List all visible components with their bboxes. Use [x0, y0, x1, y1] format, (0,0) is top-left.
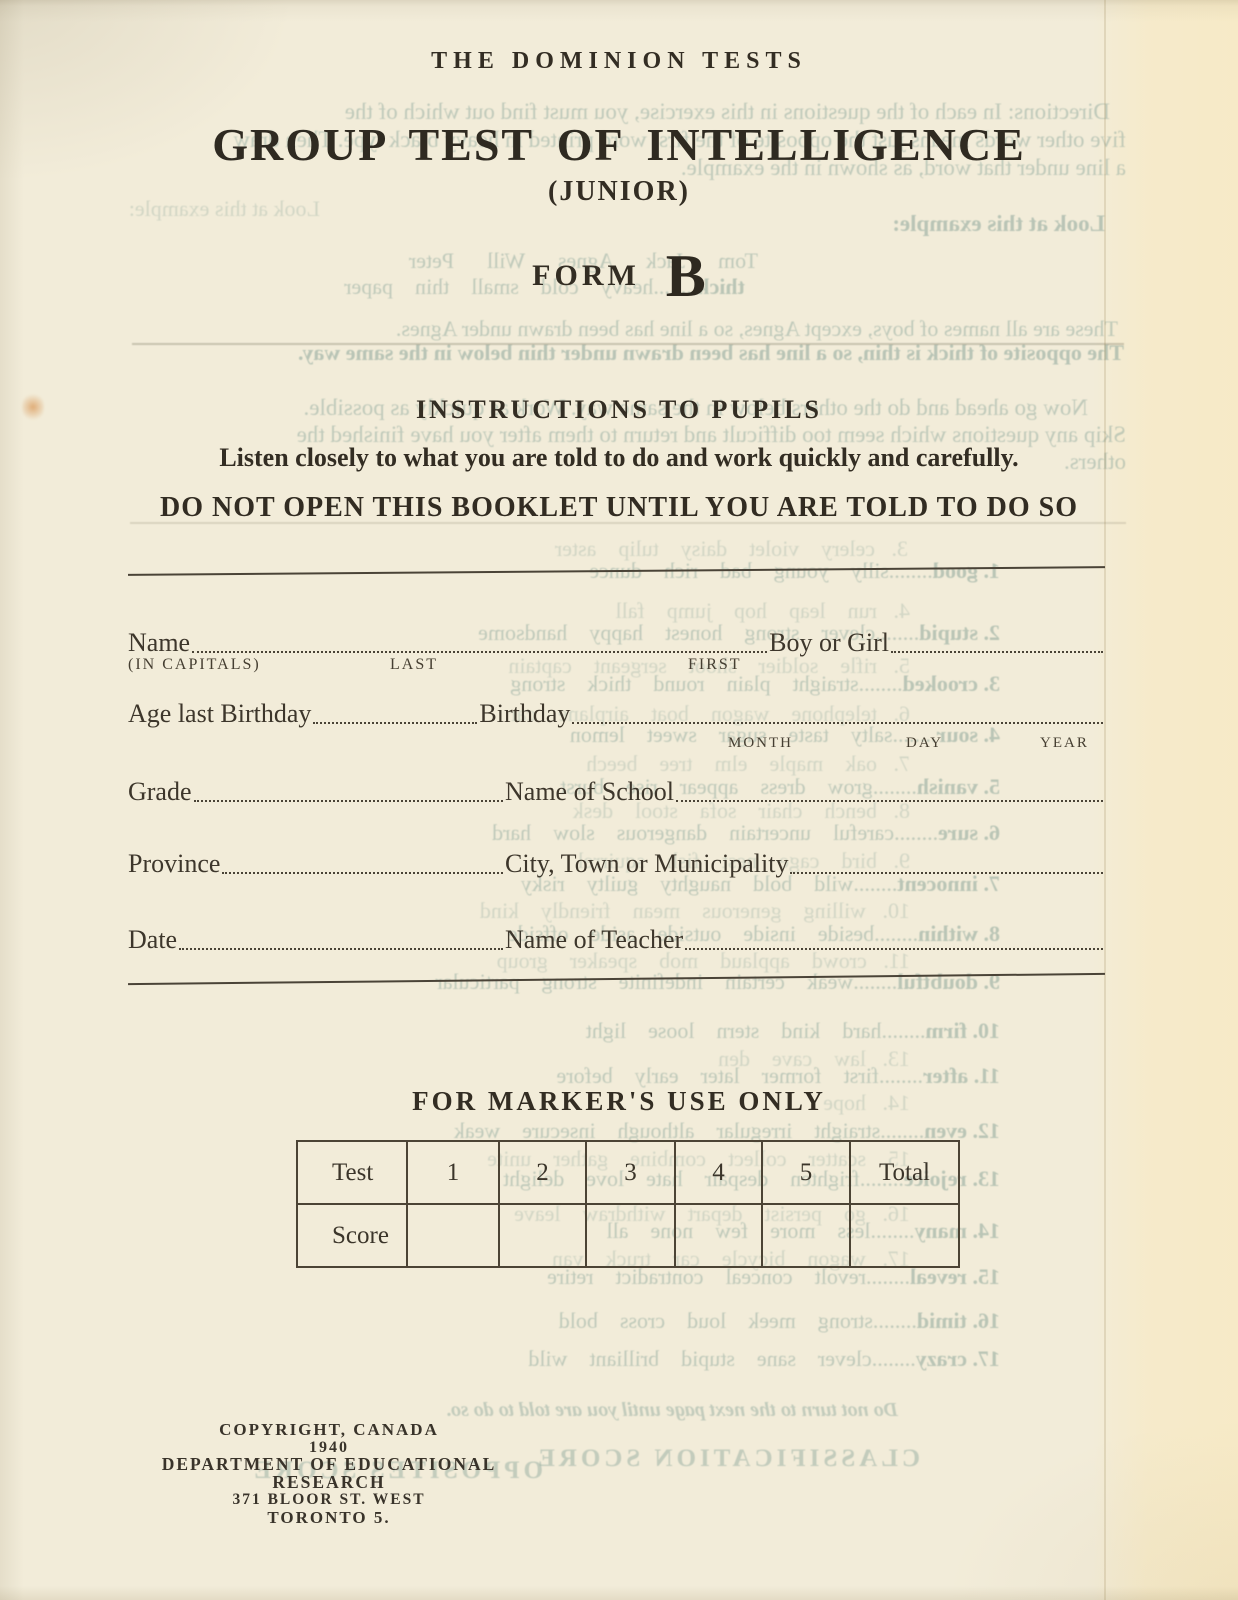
bleedthrough-line: 13. law cave den — [718, 1048, 910, 1070]
scanned-test-booklet-cover: Directions: In each of the questions in … — [0, 0, 1238, 1600]
bleedthrough-line: The opposite of thick is thin, so a line… — [298, 342, 1124, 364]
bleedthrough-line: Do not turn to the next page until you a… — [446, 1400, 898, 1420]
score-table-col-4: 4 — [675, 1141, 762, 1204]
age-label: Age last Birthday — [128, 701, 311, 727]
grade-school-row: Grade Name of School — [128, 779, 1105, 805]
city-label: City, Town or Municipality — [505, 851, 788, 877]
copyright-line-3: DEPARTMENT OF EDUCATIONAL RESEARCH — [140, 1456, 518, 1491]
copyright-line-4: 371 BLOOR ST. WEST — [140, 1491, 518, 1509]
bleedthrough-line: CLASSIFICATION SCORE — [534, 1446, 920, 1471]
year-caption: YEAR — [1040, 735, 1089, 752]
date-teacher-row: Date Name of Teacher — [128, 927, 1105, 953]
age-fill-line — [313, 722, 477, 724]
score-cell-6 — [850, 1204, 959, 1267]
bleedthrough-line: These are all names of boys, except Agne… — [396, 318, 1118, 340]
name-field-row: Name Boy or Girl — [128, 630, 1105, 656]
horizontal-rule-top — [128, 566, 1105, 576]
instructions-heading: INSTRUCTIONS TO PUPILS — [0, 395, 1238, 425]
form-letter: B — [666, 246, 706, 306]
subtitle: (JUNIOR) — [0, 176, 1238, 208]
copyright-line-5: TORONTO 5. — [140, 1509, 518, 1527]
form-designation: FORM B — [0, 246, 1238, 306]
form-label: FORM — [532, 259, 640, 293]
bleedthrough-line: 10. willing generous mean friendly kind — [480, 900, 910, 922]
score-table-value-row: Score — [297, 1204, 959, 1267]
bleedthrough-line: 6. sure........careful uncertain dangero… — [492, 822, 1000, 844]
teacher-fill-line — [685, 948, 1103, 950]
date-fill-line — [179, 948, 503, 950]
score-table-col-2: 2 — [499, 1141, 586, 1204]
province-city-row: Province City, Town or Municipality — [128, 851, 1105, 877]
warning-line: DO NOT OPEN THIS BOOKLET UNTIL YOU ARE T… — [0, 492, 1238, 524]
date-label: Date — [128, 927, 177, 953]
score-table-header-row: Test12345Total — [297, 1141, 959, 1204]
age-birthday-row: Age last Birthday Birthday — [128, 701, 1105, 727]
teacher-label: Name of Teacher — [505, 927, 683, 953]
score-table-col-5: 5 — [762, 1141, 850, 1204]
name-fill-line — [192, 651, 767, 653]
score-cell-2 — [499, 1204, 586, 1267]
copyright-line-1: COPYRIGHT, CANADA — [140, 1421, 518, 1439]
score-cell-1 — [407, 1204, 499, 1267]
grade-label: Grade — [128, 779, 192, 805]
last-caption: LAST — [390, 656, 438, 674]
birthday-label: Birthday — [479, 701, 570, 727]
bleedthrough-rule — [132, 343, 1124, 345]
boy-or-girl-label: Boy or Girl — [769, 630, 889, 656]
day-caption: DAY — [906, 735, 943, 752]
copyright-block: COPYRIGHT, CANADA1940DEPARTMENT OF EDUCA… — [140, 1421, 518, 1526]
bleedthrough-line: 15. reveal........revolt conceal contrad… — [547, 1266, 1000, 1288]
grade-fill-line — [194, 800, 503, 802]
page-title: GROUP TEST OF INTELLIGENCE — [0, 118, 1238, 171]
province-fill-line — [222, 872, 503, 874]
marker-score-table: Test12345Total Score — [296, 1140, 960, 1268]
horizontal-rule-bottom — [128, 973, 1105, 985]
score-cell-3 — [586, 1204, 675, 1267]
score-table-col-Total: Total — [850, 1141, 959, 1204]
score-table-col-1: 1 — [407, 1141, 499, 1204]
boy-or-girl-fill-line — [891, 651, 1103, 653]
school-fill-line — [676, 800, 1103, 802]
score-row-label: Score — [297, 1204, 407, 1267]
name-label: Name — [128, 630, 190, 656]
series-title: THE DOMINION TESTS — [0, 48, 1238, 75]
score-cell-4 — [675, 1204, 762, 1267]
in-capitals-caption: (IN CAPITALS) — [128, 656, 261, 674]
bleedthrough-line: 16. timid........strong meek loud cross … — [559, 1310, 1000, 1332]
bleedthrough-line: 11. after........first former later earl… — [557, 1065, 1001, 1087]
birthday-fill-line — [572, 722, 1103, 724]
score-table-col-3: 3 — [586, 1141, 675, 1204]
bleedthrough-line: Look at this example: — [892, 212, 1105, 235]
bleedthrough-line: 3. celery violet daisy tulip aster — [555, 538, 908, 560]
bleedthrough-line: 3. crooked........straight plain round t… — [510, 673, 1000, 695]
marker-heading: FOR MARKER'S USE ONLY — [0, 1086, 1238, 1117]
bleedthrough-line: 7. oak maple elm tree beech — [586, 753, 910, 775]
bleedthrough-line: 17. crazy........clever sane stupid bril… — [528, 1348, 1000, 1370]
bleedthrough-line: 4. run leap hop jump fall — [615, 600, 910, 622]
score-cell-5 — [762, 1204, 850, 1267]
instructions-line: Listen closely to what you are told to d… — [0, 443, 1238, 473]
province-label: Province — [128, 851, 220, 877]
bleedthrough-line: 10. firm........hard kind stern loose li… — [586, 1020, 1000, 1042]
city-fill-line — [790, 872, 1103, 874]
score-table-test-header: Test — [297, 1141, 407, 1204]
month-caption: MONTH — [728, 735, 793, 752]
bleedthrough-line: 12. even........straight irregular altho… — [454, 1120, 1000, 1142]
school-label: Name of School — [505, 779, 674, 805]
first-caption: FIRST — [688, 656, 742, 674]
